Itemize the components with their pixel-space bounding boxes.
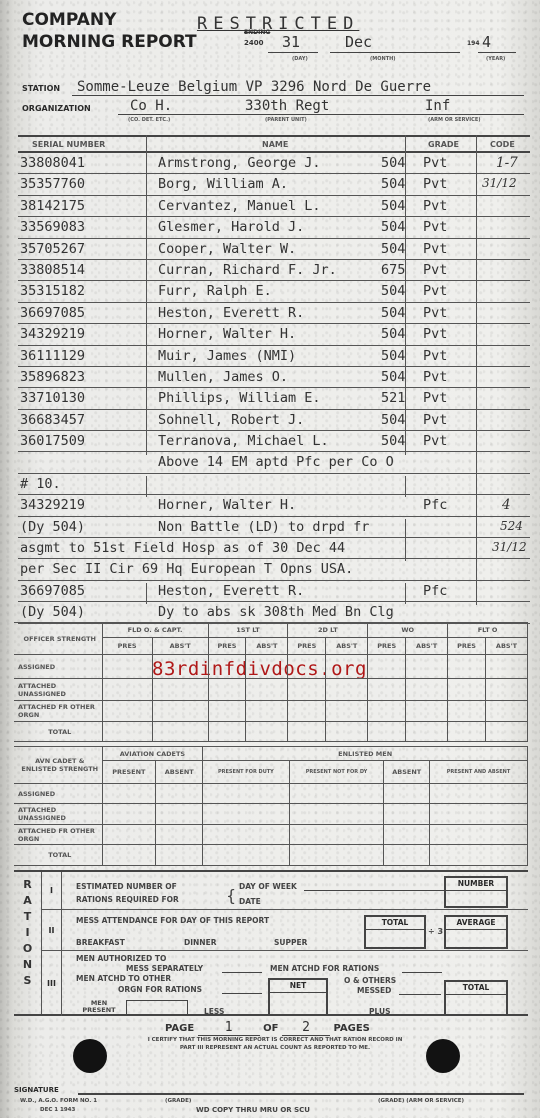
soldier-name: Muir, James (NMI) [158, 348, 296, 364]
month-underline [330, 52, 460, 53]
table-row: 33808041Armstrong, George J.504Pvt1-7 [18, 153, 530, 174]
org-caption-parent: (PARENT UNIT) [265, 117, 307, 123]
grade: Pvt [423, 433, 447, 449]
mos: 504 [381, 176, 405, 192]
roster-header: SERIAL NUMBER NAME GRADE CODE [18, 135, 530, 153]
soldier-name: Heston, Everett R. [158, 305, 304, 321]
form-id: W.D., A.G.O. FORM NO. 1 [20, 1098, 97, 1104]
side-letter: S [14, 974, 41, 990]
divider [146, 583, 147, 604]
col-name: NAME [262, 140, 288, 149]
sec1-label: RATIONS REQUIRED FOR [76, 895, 179, 904]
report-day: 31 [282, 33, 300, 51]
code: 1-7 [496, 155, 518, 171]
grade: Pvt [423, 348, 447, 364]
total-box-label: TOTAL [366, 917, 424, 930]
row-label: ATTACHED UNASSIGNED [14, 679, 102, 701]
serial-number: 36683457 [20, 412, 85, 428]
mess-separately-label: MESS SEPARATELY [126, 964, 203, 973]
table-row: 36111129Muir, James (NMI)504Pvt [18, 346, 530, 367]
others-messed-field[interactable] [399, 994, 441, 995]
punch-hole-icon [73, 1039, 107, 1073]
sub-header: ABS'T [152, 638, 208, 655]
group-header: FLT O [448, 623, 528, 638]
men-present-box[interactable] [126, 1000, 188, 1016]
grade: Pvt [423, 176, 447, 192]
date-label: DATE [239, 897, 261, 906]
punch-hole-icon [426, 1039, 460, 1073]
serial-number: 35705267 [20, 241, 85, 257]
remark-text: asgmt to 51st Field Hosp as of 30 Dec 44 [20, 540, 345, 556]
duty-code: (Dy 504) [20, 519, 85, 535]
table-row: 35896823Mullen, James O.504Pvt [18, 367, 530, 388]
form-title-line2: MORNING REPORT [22, 32, 197, 52]
grade: Pvt [423, 283, 447, 299]
side-letter: I [14, 926, 41, 942]
serial-number: 36697085 [20, 305, 85, 321]
less-label: LESS [204, 1007, 224, 1016]
serial-number: 38142175 [20, 198, 85, 214]
org-caption-company: (CO. DET. ETC.) [128, 117, 170, 123]
number-box-label: NUMBER [446, 878, 506, 891]
year-prefix: 194 [467, 40, 480, 47]
total-box-label: TOTAL [446, 982, 506, 995]
report-year: 4 [482, 33, 491, 51]
sub-header: PRES [102, 638, 152, 655]
sub-header: ABSENT [156, 761, 203, 784]
group-header: FLD O. & CAPT. [102, 623, 208, 638]
row-label: TOTAL [14, 845, 102, 866]
men-present-label: MEN PRESENT [74, 1000, 124, 1014]
grade: Pvt [423, 390, 447, 406]
mos: 504 [381, 433, 405, 449]
col-serial: SERIAL NUMBER [32, 140, 105, 149]
divide-by-three: ÷ 3 [428, 927, 443, 936]
soldier-name: Cooper, Walter W. [158, 241, 296, 257]
sub-header: PRESENT NOT FOR DY [289, 761, 384, 784]
grade: Pvt [423, 155, 447, 171]
soldier-name: Curran, Richard F. Jr. [158, 262, 337, 278]
grade: Pvt [423, 326, 447, 342]
pages-label: PAGES [333, 1023, 369, 1034]
grade: Pvt [423, 412, 447, 428]
mos: 504 [381, 219, 405, 235]
grade: Pvt [423, 198, 447, 214]
station-value: Somme-Leuze Belgium VP 3296 Nord De Guer… [77, 79, 431, 95]
officer-strength-table: OFFICER STRENGTH FLD O. & CAPT. 1ST LT 2… [14, 622, 528, 742]
organization-label: ORGANIZATION [22, 104, 91, 113]
org-arm: Inf [425, 98, 450, 114]
ending-label: ENDING [244, 29, 270, 36]
sub-header: PRESENT FOR DUTY [203, 761, 289, 784]
mos: 521 [381, 390, 405, 406]
group-header: 2D LT [288, 623, 368, 638]
of-label: OF [263, 1023, 278, 1034]
table-row: 35315182Furr, Ralph E.504Pvt [18, 281, 530, 302]
mos: 675 [381, 262, 405, 278]
mos: 504 [381, 241, 405, 257]
remark-text: Dy to abs sk 308th Med Bn Clg [158, 604, 394, 620]
form-date: DEC 1 1943 [40, 1107, 75, 1113]
time-label: 2400 [244, 39, 263, 47]
serial-number: 33808514 [20, 262, 85, 278]
table-row: 36697085Heston, Everett R.504Pvt [18, 303, 530, 324]
table-row: 36697085Heston, Everett R.Pfc [18, 581, 530, 602]
col-code: CODE [490, 140, 515, 149]
sub-header: PRESENT AND ABSENT [429, 761, 527, 784]
average-box-label: AVERAGE [446, 917, 506, 930]
grade: Pvt [423, 241, 447, 257]
remark-text: Non Battle (LD) to drpd fr [158, 519, 369, 535]
divider [146, 135, 147, 155]
sec1-label: ESTIMATED NUMBER OF [76, 882, 177, 891]
grade: Pvt [423, 305, 447, 321]
station-underline [72, 95, 524, 96]
messed-label: MESSED [357, 986, 391, 995]
average-box[interactable]: AVERAGE [444, 915, 508, 949]
signature-line[interactable] [78, 1093, 524, 1095]
table-row: 33808514Curran, Richard F. Jr.675Pvt [18, 260, 530, 281]
sub-header: PRES [208, 638, 246, 655]
divider [405, 583, 406, 604]
day-of-week-field[interactable] [304, 890, 444, 891]
sub-header: ABS'T [406, 638, 448, 655]
serial-number: 33710130 [20, 390, 85, 406]
side-letter: A [14, 894, 41, 910]
table-row: 34329219Horner, Walter H.Pfc4 [18, 495, 530, 516]
day-underline [268, 52, 318, 53]
table-row: 33569083Glesmer, Harold J.504Pvt [18, 217, 530, 238]
sub-header: PRES [368, 638, 406, 655]
serial-number: 35357760 [20, 176, 85, 192]
roster-table: SERIAL NUMBER NAME GRADE CODE 33808041Ar… [18, 135, 530, 624]
soldier-name: Heston, Everett R. [158, 583, 304, 599]
supper-label: SUPPER [274, 938, 307, 947]
form-title-line1: COMPANY [22, 10, 116, 30]
row-label: ASSIGNED [14, 783, 102, 804]
row-label: ATTACHED FR OTHER ORGN [14, 700, 102, 722]
grade-caption: (GRADE) [165, 1098, 191, 1104]
rations-side-label: R A T I O N S [14, 872, 42, 1014]
year-underline [478, 52, 516, 53]
table-row: 33710130Phillips, William E.521Pvt [18, 388, 530, 409]
men-atchd-to-other-label: MEN ATCHD TO OTHER [76, 974, 171, 983]
soldier-name: Horner, Walter H. [158, 326, 296, 342]
group-header: AVIATION CADETS [102, 747, 203, 761]
side-letter: O [14, 942, 41, 958]
remark-text: Above 14 EM aptd Pfc per Co O [158, 454, 394, 470]
serial-number: 34329219 [20, 326, 85, 342]
serial-number: 33808041 [20, 155, 85, 171]
soldier-name: Armstrong, George J. [158, 155, 321, 171]
day-caption: (DAY) [292, 56, 308, 62]
table-row: 36683457Sohnell, Robert J.504Pvt [18, 410, 530, 431]
remark-row: asgmt to 51st Field Hosp as of 30 Dec 44… [18, 538, 530, 559]
net-box-label: NET [270, 980, 326, 993]
page-number: 1 [198, 1020, 260, 1036]
page-counter: PAGE 1 OF 2 PAGES [165, 1020, 370, 1036]
grade: Pvt [423, 262, 447, 278]
serial-number: 36111129 [20, 348, 85, 364]
month-caption: (MONTH) [370, 56, 396, 62]
day-of-week-label: DAY OF WEEK [239, 882, 297, 891]
mos: 504 [381, 155, 405, 171]
sub-header: ABSENT [384, 761, 430, 784]
mos: 504 [381, 348, 405, 364]
org-caption-arm: (ARM OR SERVICE) [428, 117, 481, 123]
remark-text: per Sec II Cir 69 Hq European T Opns USA… [20, 561, 353, 577]
mos: 504 [381, 198, 405, 214]
mos: 504 [381, 283, 405, 299]
divider [146, 155, 147, 455]
sub-header: PRES [288, 638, 326, 655]
station-label: STATION [22, 84, 60, 93]
row-label: ATTACHED FR OTHER ORGN [14, 824, 102, 845]
serial-number: 36697085 [20, 583, 85, 599]
enlisted-strength-table: AVN CADET & ENLISTED STRENGTH AVIATION C… [14, 746, 528, 866]
grade: Pfc [423, 497, 447, 513]
code: 524 [500, 519, 523, 533]
grade: Pvt [423, 369, 447, 385]
grade: Pvt [423, 219, 447, 235]
soldier-name: Terranova, Michael L. [158, 433, 329, 449]
mos: 504 [381, 412, 405, 428]
soldier-name: Furr, Ralph E. [158, 283, 272, 299]
sub-header: ABS'T [485, 638, 527, 655]
remark-row: # 10. [18, 474, 530, 495]
soldier-name: Mullen, James O. [158, 369, 288, 385]
soldier-name: Horner, Walter H. [158, 497, 296, 513]
mos: 504 [381, 369, 405, 385]
table-row: 35705267Cooper, Walter W.504Pvt [18, 239, 530, 260]
section-number: III [42, 951, 62, 1016]
group-header: ENLISTED MEN [203, 747, 528, 761]
code: 4 [502, 497, 511, 513]
serial-number: 33569083 [20, 219, 85, 235]
divider [476, 135, 477, 605]
side-letter: N [14, 958, 41, 974]
dinner-label: DINNER [184, 938, 216, 947]
certification-text: I CERTIFY THAT THIS MORNING REPORT IS CO… [140, 1036, 410, 1052]
org-company: Co H. [130, 98, 172, 114]
brace-icon: { [226, 886, 236, 905]
org-parent-unit: 330th Regt [245, 98, 329, 114]
mos: 504 [381, 326, 405, 342]
remark-row: (Dy 504)Dy to abs sk 308th Med Bn Clg [18, 602, 530, 623]
total-box[interactable]: TOTAL [364, 915, 426, 949]
divider [405, 519, 406, 561]
divider [146, 476, 147, 497]
code: 31/12 [482, 176, 517, 190]
soldier-name: Phillips, William E. [158, 390, 321, 406]
remark-text: # 10. [20, 476, 61, 492]
total-box-2[interactable]: TOTAL [444, 980, 508, 1016]
rations-section: R A T I O N S I ESTIMATED NUMBER OF RATI… [14, 870, 528, 1016]
soldier-name: Sohnell, Robert J. [158, 412, 304, 428]
group-header: 1ST LT [208, 623, 288, 638]
soldier-name: Glesmer, Harold J. [158, 219, 304, 235]
soldier-name: Borg, William A. [158, 176, 288, 192]
section-number: II [42, 910, 62, 951]
orgn-for-rations-label: ORGN FOR RATIONS [118, 985, 202, 994]
divider [405, 476, 406, 497]
grade: Pfc [423, 583, 447, 599]
report-month: Dec [345, 33, 372, 51]
soldier-name: Cervantez, Manuel L. [158, 198, 321, 214]
remark-row: per Sec II Cir 69 Hq European T Opns USA… [18, 559, 530, 580]
number-box[interactable]: NUMBER [444, 876, 508, 908]
row-label: ATTACHED UNASSIGNED [14, 804, 102, 825]
sub-header: PRES [448, 638, 486, 655]
code: 31/12 [492, 540, 527, 554]
row-label: ASSIGNED [14, 655, 102, 679]
group-header: WO [368, 623, 448, 638]
org-underline [118, 114, 524, 115]
duty-code: (Dy 504) [20, 604, 85, 620]
table-row: 38142175Cervantez, Manuel L.504Pvt [18, 196, 530, 217]
page-label: PAGE [165, 1023, 194, 1034]
mess-attendance-label: MESS ATTENDANCE FOR DAY OF THIS REPORT [76, 916, 269, 925]
orgn-for-rations-field[interactable] [222, 993, 262, 994]
sub-header: PRESENT [102, 761, 156, 784]
enlisted-strength-title: AVN CADET & ENLISTED STRENGTH [14, 747, 102, 784]
divider [405, 135, 406, 455]
remark-row: Above 14 EM aptd Pfc per Co O [18, 452, 530, 473]
breakfast-label: BREAKFAST [76, 938, 125, 947]
serial-number: 36017509 [20, 433, 85, 449]
serial-number: 35896823 [20, 369, 85, 385]
arm-caption: (GRADE) (ARM OR SERVICE) [378, 1098, 464, 1104]
table-row: 36017509Terranova, Michael L.504Pvt [18, 431, 530, 452]
men-atchd-for-rations-label: MEN ATCHD FOR RATIONS [270, 964, 379, 973]
table-row: 34329219Horner, Walter H.504Pvt [18, 324, 530, 345]
signature-label: SIGNATURE [14, 1086, 59, 1094]
total-pages: 2 [282, 1020, 330, 1036]
mess-separately-field[interactable] [222, 972, 262, 973]
remark-row: (Dy 504)Non Battle (LD) to drpd fr524 [18, 517, 530, 538]
section-number: I [42, 872, 62, 910]
sub-header: ABS'T [246, 638, 288, 655]
morning-report-document: COMPANY MORNING REPORT RESTRICTED ENDING… [0, 0, 540, 1118]
serial-number: 34329219 [20, 497, 85, 513]
side-letter: T [14, 910, 41, 926]
col-grade: GRADE [428, 140, 459, 149]
plus-label: PLUS [369, 1007, 391, 1016]
serial-number: 35315182 [20, 283, 85, 299]
men-authorized-label: MEN AUTHORIZED TO [76, 954, 166, 963]
side-letter: R [14, 878, 41, 894]
men-atchd-for-rations-field[interactable] [402, 972, 442, 973]
net-box[interactable]: NET [268, 978, 328, 1016]
year-caption: (YEAR) [486, 56, 505, 62]
sub-header: ABS'T [326, 638, 368, 655]
copy-note: WD COPY THRU MRU OR SCU [196, 1106, 310, 1114]
officer-strength-title: OFFICER STRENGTH [14, 623, 102, 655]
classification-stamp: RESTRICTED [197, 14, 359, 34]
mos: 504 [381, 305, 405, 321]
table-row: 35357760Borg, William A.504Pvt31/12 [18, 174, 530, 195]
row-label: TOTAL [14, 722, 102, 742]
others-label: O & OTHERS [344, 976, 396, 985]
